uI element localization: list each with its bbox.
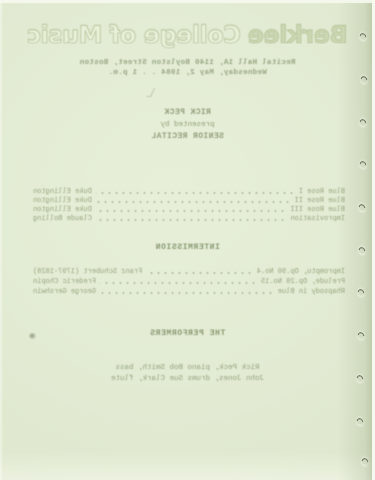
dotted-leader [100, 280, 257, 286]
piece-composer: Franz Schubert (1797-1828) [33, 268, 142, 276]
date-line: Wednesday, May 2, 1984 . . 1 p.m. [0, 69, 375, 77]
dotted-leader [100, 290, 274, 296]
recital-name: RICK PECK [0, 107, 375, 119]
recital-type: SENIOR RECITAL [0, 131, 375, 143]
program-line: Impromptu, Op.90 No.4 Franz Schubert (17… [33, 266, 345, 276]
dotted-leader [96, 190, 295, 196]
program-line: Improvisation Claude Bolling [33, 214, 345, 223]
piece-title: Prelude, Op.28 No.15 [261, 278, 345, 286]
recital-title-block: RICK PECK presented by SENIOR RECITAL [0, 107, 375, 143]
dotted-leader [96, 217, 287, 223]
performers-line: John Jones, drums Sue Clark, flute [0, 374, 375, 385]
program-line: Blue Rose III Duke Ellington [33, 205, 345, 214]
piece-title: Blue Rose I [299, 188, 345, 196]
performers-list: Rick Peck, piano Bob Smith, bass John Jo… [0, 363, 375, 385]
piece-title: Rhapsody in Blue [278, 288, 345, 296]
recital-presented-by: presented by [0, 119, 375, 131]
dotted-leader [146, 270, 253, 276]
program-line: Blue Rose I Duke Ellington [33, 187, 345, 196]
piece-composer: George Gershwin [33, 288, 96, 296]
dotted-leader [96, 199, 291, 205]
logo-word-berklee: Berklee [248, 21, 348, 49]
page-edge-shadow [365, 0, 372, 480]
dotted-leader [96, 208, 287, 214]
piece-title: Blue Rose II [295, 197, 345, 205]
logo-words-college-of-music: College of Music [27, 21, 241, 49]
piece-composer: Duke Ellington [33, 206, 92, 214]
address-line: Recital Hall 1A, 1140 Boylston Street, B… [0, 59, 375, 67]
piece-composer: Duke Ellington [33, 188, 92, 196]
piece-title: Blue Rose III [290, 206, 345, 214]
program-line: Prelude, Op.28 No.15 Frederic Chopin [33, 276, 345, 286]
performers-line: Rick Peck, piano Bob Smith, bass [0, 363, 375, 374]
program-list-part2: Impromptu, Op.90 No.4 Franz Schubert (17… [33, 266, 345, 296]
program-list-part1: Blue Rose I Duke Ellington Blue Rose II … [33, 187, 345, 223]
scanned-program-page: BerkleeCollege of Music Recital Hall 1A,… [0, 0, 375, 480]
college-logo-text: BerkleeCollege of Music [0, 21, 375, 49]
piece-title: Impromptu, Op.90 No.4 [257, 268, 345, 276]
piece-composer: Frederic Chopin [33, 278, 96, 286]
ink-smudge [29, 333, 36, 339]
piece-composer: Duke Ellington [33, 197, 92, 205]
program-line: Rhapsody in Blue George Gershwin [33, 286, 345, 296]
bleed-through-layer: BerkleeCollege of Music Recital Hall 1A,… [0, 0, 375, 480]
page-top-edge [0, 0, 375, 3]
intermission-heading: INTERMISSION [0, 243, 375, 252]
performers-heading: THE PERFORMERS [0, 329, 375, 338]
piece-composer: Claude Bolling [33, 215, 92, 223]
piece-title: Improvisation [290, 215, 345, 223]
program-line: Blue Rose II Duke Ellington [33, 196, 345, 205]
